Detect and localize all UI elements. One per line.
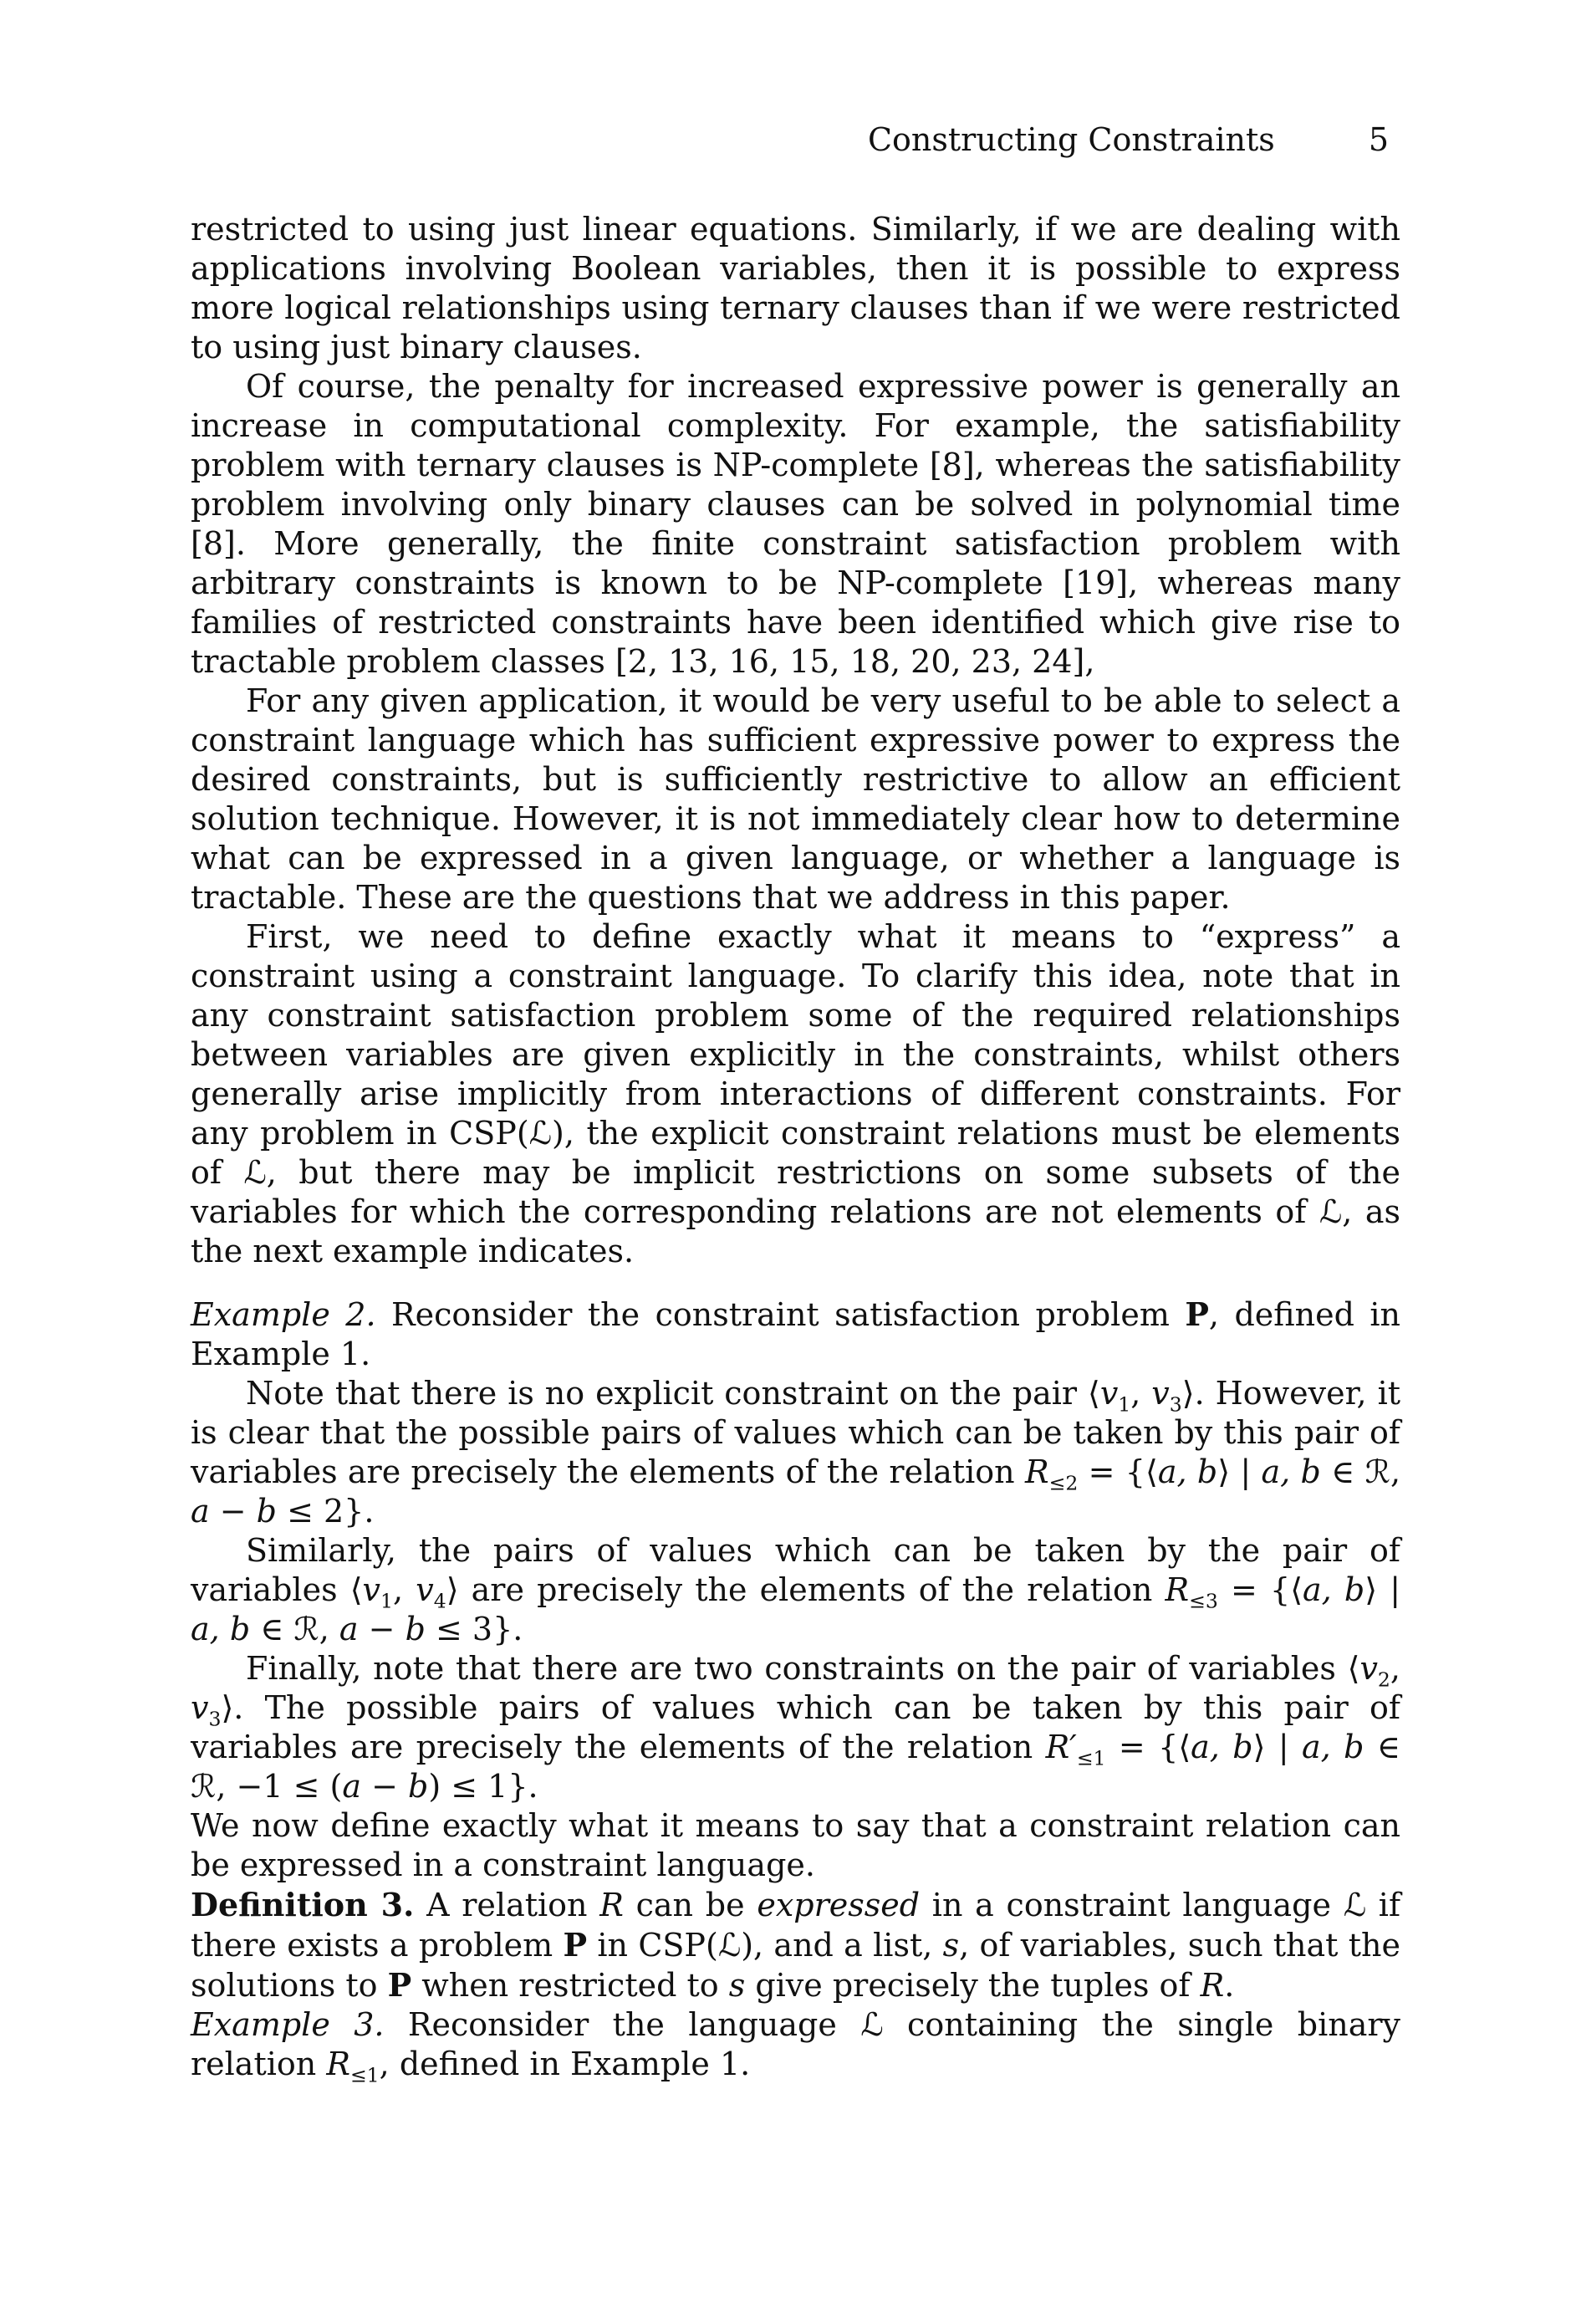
paragraph-of-course: Of course, the penalty for increased exp…	[191, 367, 1400, 682]
example-2-similarly-paragraph: Similarly, the pairs of values which can…	[191, 1531, 1400, 1649]
running-head: Constructing Constraints 5	[191, 120, 1400, 160]
example-2-intro: Example 2. Reconsider the constraint sat…	[191, 1295, 1400, 1374]
paragraph-we-now-define: We now define exactly what it means to s…	[191, 1806, 1400, 1885]
text-column: Constructing Constraints 5 restricted to…	[191, 120, 1400, 2084]
page-number: 5	[1369, 120, 1389, 160]
definition-3-paragraph: Definition 3. A relation R can be expres…	[191, 1885, 1400, 2005]
running-head-title: Constructing Constraints	[868, 120, 1275, 160]
paragraph-first: First, we need to define exactly what it…	[191, 917, 1400, 1271]
body-text: restricted to using just linear equation…	[191, 210, 1400, 2084]
example-2-finally-paragraph: Finally, note that there are two constra…	[191, 1649, 1400, 1806]
paragraph-restricted: restricted to using just linear equation…	[191, 210, 1400, 367]
scanned-paper-page: Constructing Constraints 5 restricted to…	[0, 0, 1571, 2324]
example-2-block: Example 2. Reconsider the constraint sat…	[191, 1295, 1400, 1806]
example-2-note-paragraph: Note that there is no explicit constrain…	[191, 1374, 1400, 1531]
paragraph-for-any: For any given application, it would be v…	[191, 682, 1400, 917]
example-3-paragraph: Example 3. Reconsider the language ℒ con…	[191, 2005, 1400, 2084]
